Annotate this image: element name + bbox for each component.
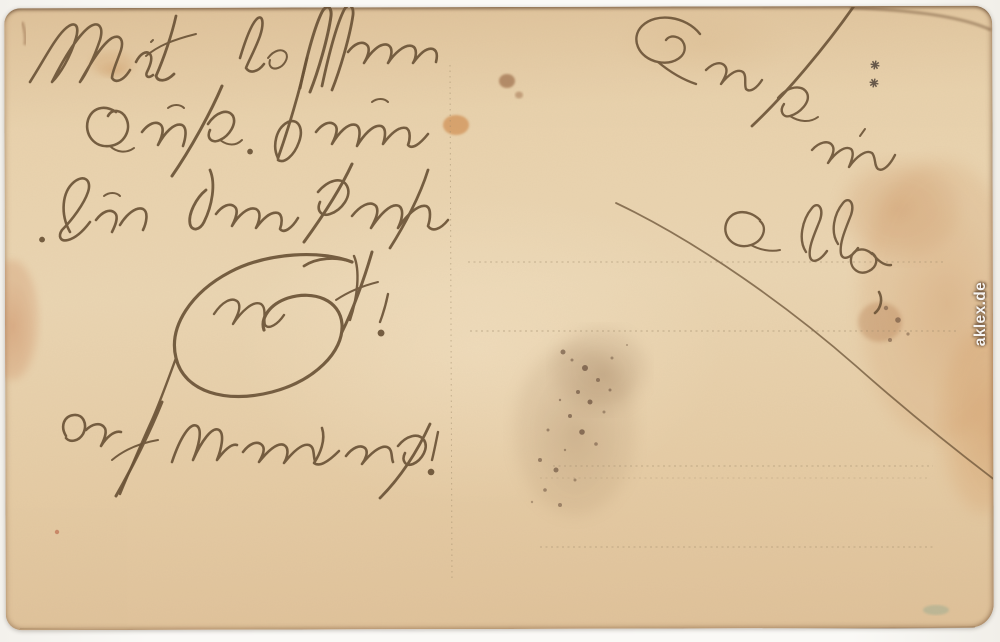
paper-grain-texture (6, 8, 992, 628)
postcard-surface (5, 7, 993, 629)
postcard-scan: aklex.de (0, 0, 1000, 642)
watermark-text: aklex.de (972, 282, 990, 346)
postcard-artwork (5, 7, 993, 629)
